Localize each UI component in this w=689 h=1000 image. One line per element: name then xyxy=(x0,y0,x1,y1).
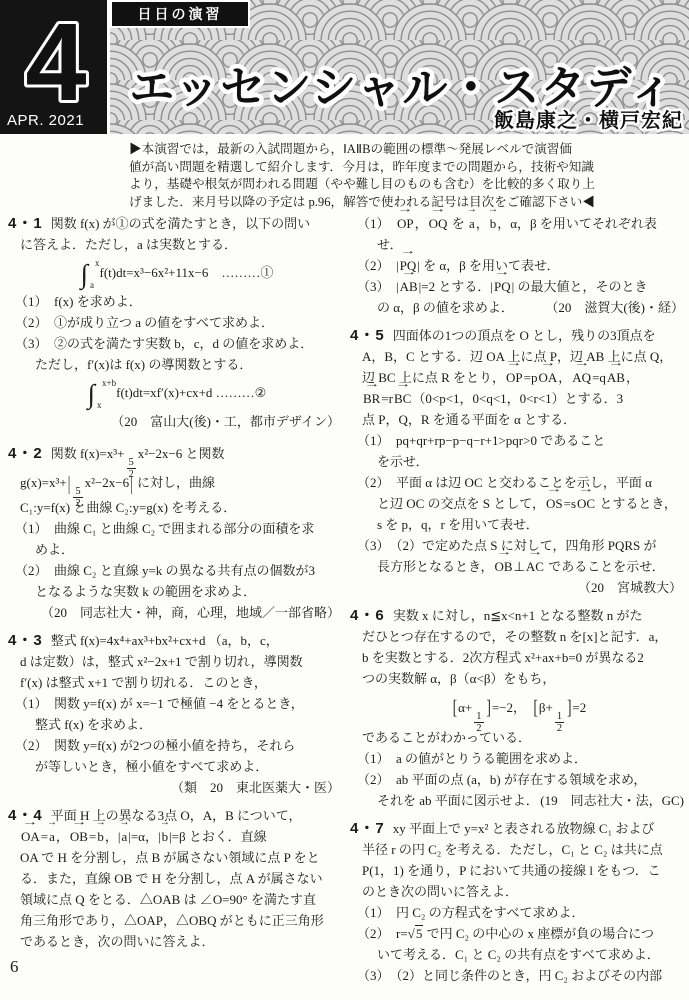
text-run: （2） 関数 y=f(x) が2つの極小値を持ち，それら xyxy=(15,738,295,753)
vector: a xyxy=(49,826,55,847)
problem-4-1: 4・1関数 f(x) が①の式を満たすとき，以下の問いに答えよ．ただし，a は実… xyxy=(8,213,346,432)
text-run: 四面体の1つの頂点を O とし，残りの3頂点を xyxy=(393,328,656,343)
problem-line: 整式 f(x) を求めよ． xyxy=(8,714,346,735)
text-run: いて考える．C₁ と C₂ の共有点をすべて求めよ． xyxy=(377,947,660,962)
integral: ∫xa xyxy=(81,258,95,290)
problem-line: （1） OP，OQ を a，b，α，β を用いてそれぞれ表 xyxy=(350,213,688,234)
upper-limit: x xyxy=(95,258,100,268)
text-run: （2） 曲線 C₂ と直線 y=k の異なる共有点の個数が3 xyxy=(15,563,315,578)
problem-source: (19 同志社大・法，GC) xyxy=(540,790,684,811)
text-run: 平面 H 上の異なる3点 O，A，B について， xyxy=(51,808,302,823)
text-run: = xyxy=(89,829,96,844)
text-run: ただし，f′(x)は f(x) の導関数とする． xyxy=(35,357,252,372)
text-run: ， xyxy=(415,216,428,231)
text-run: （1） f(x) を求めよ． xyxy=(15,294,142,309)
text-run: P(1，1) を通り，P において共通の接線 l をもつ．こ xyxy=(362,863,661,878)
text-run: 長方形となるとき， xyxy=(377,559,493,574)
problem-line: めよ． xyxy=(8,539,346,560)
text-run: 点 P，Q，R を通る平面を α とする． xyxy=(362,412,576,427)
text-run: （類 20 東北医薬大・医） xyxy=(171,780,340,795)
text-run: （3） （2）と同じ条件のとき，円 C₂ およびその内部 xyxy=(357,968,662,983)
problem-line: d は定数）は，整式 x²−2x+1 で割り切れ，導関数 xyxy=(8,651,346,672)
text-run: |=2 とする．| xyxy=(419,279,493,294)
problem-line: ただし，f′(x)は f(x) の導関数とする． xyxy=(8,354,346,375)
text-run: 半径 r の円 C₂ を考える．ただし，C₁ と C₂ は共に点 xyxy=(362,842,663,857)
problem-line: （1） 曲線 C₁ と曲線 C₂ で囲まれる部分の面積を求 xyxy=(8,518,346,539)
fraction-numerator: 1 xyxy=(474,711,483,723)
problem-line: f′(x) は整式 x+1 で割り切れる．このとき， xyxy=(8,672,346,693)
problem-line: （2） 平面 α は辺 OC と交わることを示し，平面 α xyxy=(350,472,688,493)
problem-line: と辺 OC の交点を S として，OS=sOC とするとき， xyxy=(350,493,688,514)
text-run: を示せ． xyxy=(377,454,429,469)
problem-line: b を実数とする．2次方程式 x²+ax+b=0 が異なる2 xyxy=(350,647,688,668)
problem-line: （2） r=√5 で円 C₂ の中心の x 座標が負の場合につ xyxy=(350,923,688,944)
problem-number: 4・1 xyxy=(8,215,43,232)
text-run: だひとつ存在するので，その整数 n を[x]と記す．a， xyxy=(362,629,667,644)
text-run: る．また，直線 OB で H を分割し，点 A が属さない xyxy=(20,871,323,886)
problem-line: 4・7xy 平面上で y=x² と表される放物線 C₁ および xyxy=(350,818,688,839)
problem-line: C₁:y=f(x) と曲線 C₂:y=g(x) を考える． xyxy=(8,497,346,518)
text-run: であることがわかっている． xyxy=(362,730,531,745)
issue-number-art: 4 xyxy=(0,0,107,112)
text-run: （1） 関数 y=f(x) が x=−1 で極値 −4 をとるとき， xyxy=(15,696,304,711)
problem-line: それを ab 平面に図示せよ．(19 同志社大・法，GC) xyxy=(350,790,688,811)
problem-line: 長方形となるとき，OB⊥AC であることを示せ． xyxy=(350,556,688,577)
right-column: （1） OP，OQ を a，b，α，β を用いてそれぞれ表せ．（2） |PQ| … xyxy=(350,213,688,986)
text-run: 実数 x に対し，n≦x<n+1 となる整数 n がた xyxy=(393,608,643,623)
text-run: であるとき，次の問いに答えよ． xyxy=(20,934,214,949)
text-run: のとき次の問いに答えよ． xyxy=(362,884,518,899)
text-run: | を α，β を用いて表せ． xyxy=(417,258,559,273)
text-run: とするとき， xyxy=(596,496,677,511)
problem-line: であることがわかっている． xyxy=(350,727,688,748)
lower-limit: x xyxy=(97,400,111,410)
problem-line: 4・2関数 f(x)=x³+52x²−2x−6 と関数 xyxy=(8,439,346,468)
page-number: 6 xyxy=(10,957,19,977)
text-run: （0<p<1，0<q<1，0<r<1）とする．3 xyxy=(412,391,623,406)
vector: b xyxy=(162,826,169,847)
intro-paragraph: ▶本演習では，最新の入試問題から，ⅠAⅡBの範囲の標準〜発展レベルで演習価 値が… xyxy=(129,141,687,211)
vector: AQ xyxy=(572,367,591,388)
problem-4-6: 4・6実数 x に対し，n≦x<n+1 となる整数 n がただひとつ存在するので… xyxy=(350,605,688,811)
text-run: ，| xyxy=(105,829,121,844)
problem-line: （2） ①が成り立つ a の値をすべて求めよ． xyxy=(8,312,346,333)
problem-line: （3） （2）で定めた点 S に対して，四角形 PQRS が xyxy=(350,535,688,556)
problem-line: （1） 関数 y=f(x) が x=−1 で極値 −4 をとるとき， xyxy=(8,693,346,714)
text-run: C₁:y=f(x) と曲線 C₂:y=g(x) を考える． xyxy=(20,500,236,515)
text-run: （20 宮城教大） xyxy=(578,580,682,595)
text-run: と辺 OC の交点を S として， xyxy=(377,496,545,511)
problem-line: であるとき，次の問いに答えよ． xyxy=(8,931,346,952)
text-run: に対し，曲線 xyxy=(134,475,215,490)
problem-4-4: 4・4平面 H 上の異なる3点 O，A，B について，OA=a，OB=b，|a|… xyxy=(8,805,346,952)
text-run: それを ab 平面に図示せよ． xyxy=(377,793,539,808)
vector: OA xyxy=(21,826,40,847)
series-badge: 日日の演習 xyxy=(112,2,248,26)
problem-number: 4・3 xyxy=(8,632,43,649)
problem-number: 4・5 xyxy=(350,327,385,344)
text-run: 領域に点 Q をとる．△OAB は ∠O=90° を満たす直 xyxy=(20,892,316,907)
problem-line: のとき次の問いに答えよ． xyxy=(350,881,688,902)
problem-line: g(x)=x³+|52x²−2x−6| に対し，曲線 xyxy=(8,468,346,497)
text-run: x²−2x−6 と関数 xyxy=(138,446,225,461)
problem-4-3: 4・3整式 f(x)=4x⁴+ax³+bx²+cx+d （a，b，c，d は定数… xyxy=(8,630,346,798)
issue-box: 4 APR. 2021 xyxy=(0,0,107,134)
problem-line: 角三角形であり，△OAP，△OBQ がともに正三角形 xyxy=(8,910,346,931)
vector: OB xyxy=(70,826,88,847)
intro-line: ▶本演習では，最新の入試問題から，ⅠAⅡBの範囲の標準〜発展レベルで演習価 xyxy=(129,141,687,159)
problem-number: 4・6 xyxy=(350,607,385,624)
text-run: せ． xyxy=(377,237,403,252)
problem-source: （20 滋賀大(後)・経） xyxy=(545,297,684,318)
text-run: （3） | xyxy=(357,279,399,294)
text-run: |=α，| xyxy=(128,829,160,844)
lower-limit: a xyxy=(90,280,95,290)
text-run: x²−2x−6 xyxy=(85,475,130,490)
text-run: （2） ①が成り立つ a の値をすべて求めよ． xyxy=(15,315,274,330)
banner-authors: 飯島康之・横戸宏紀 xyxy=(494,108,683,132)
text-run: に答えよ．ただし，a は実数とする． xyxy=(20,237,237,252)
square-root: √5 xyxy=(408,925,424,941)
problem-line: となるような実数 k の範囲を求めよ． xyxy=(8,581,346,602)
text-run: ，α，β を用いてそれぞれ表 xyxy=(497,216,657,231)
text-run: g(x)=x³+ xyxy=(20,475,67,490)
problem-line: 4・5四面体の1つの頂点を O とし，残りの3頂点を xyxy=(350,325,688,346)
text-run: ⊥ xyxy=(514,559,525,574)
text-run: （1） pq+qr+rp−p−q−r+1>pqr>0 であること xyxy=(357,433,605,448)
problem-line: を示せ． xyxy=(350,451,688,472)
problem-line: 領域に点 Q をとる．△OAB は ∠O=90° を満たす直 xyxy=(8,889,346,910)
text-run: 整式 f(x) を求めよ． xyxy=(35,717,152,732)
text-run: 関数 f(x) が①の式を満たすとき，以下の問い xyxy=(51,216,310,231)
problem-number: 4・7 xyxy=(350,820,385,837)
text-run: | の最大値と，そのとき xyxy=(512,279,648,294)
vector: BR xyxy=(363,388,380,409)
problem-4-2: 4・2関数 f(x)=x³+52x²−2x−6 と関数g(x)=x³+|52x²… xyxy=(8,439,346,623)
vector: OC xyxy=(577,493,595,514)
text-run: s を p，q，r を用いて表せ． xyxy=(377,517,539,532)
issue-number: 4 xyxy=(25,1,86,112)
problem-line: 4・3整式 f(x)=4x⁴+ax³+bx²+cx+d （a，b，c， xyxy=(8,630,346,651)
problem-line: OA=a，OB=b，|a|=α，|b|=β とおく．直線 xyxy=(8,826,346,847)
text-run: 整式 f(x)=4x⁴+ax³+bx²+cx+d （a，b，c， xyxy=(51,633,279,648)
text-run: =−2， xyxy=(492,700,533,715)
text-run: （2） r= xyxy=(357,926,408,941)
problem-line: （20 宮城教大） xyxy=(350,577,688,598)
problem-line: （1） 円 C₂ の方程式をすべて求めよ． xyxy=(350,902,688,923)
problem-line: つの実数解 α，β（α<β）をもち， xyxy=(350,668,688,689)
problem-4-7: 4・7xy 平面上で y=x² と表される放物線 C₁ および半径 r の円 C… xyxy=(350,818,688,986)
text-run: ， xyxy=(626,370,639,385)
header-banner: エッセンシャル・スタディ 飯島康之・横戸宏紀 日日の演習 xyxy=(110,0,689,134)
vector: OQ xyxy=(429,213,448,234)
text-run: α+ xyxy=(458,700,472,715)
text-run: =2 xyxy=(572,700,586,715)
text-run: の α，β の値を求めよ． xyxy=(377,300,514,315)
vector: OS xyxy=(546,493,563,514)
problem-line: （20 同志社大・神，商，心理，地域／一部省略） xyxy=(8,602,346,623)
vector: OB xyxy=(494,556,512,577)
vector: b xyxy=(490,213,497,234)
text-run: OA で H を分割し，点 B が属さない領域に点 P をと xyxy=(20,850,320,865)
vector: OP xyxy=(397,213,414,234)
text-run: = xyxy=(41,829,48,844)
text-run: （1） 曲線 C₁ と曲線 C₂ で囲まれる部分の面積を求 xyxy=(15,521,314,536)
text-run: （3） ②の式を満たす実数 b，c，d の値を求めよ． xyxy=(15,336,313,351)
problem-4-4-continued: （1） OP，OQ を a，b，α，β を用いてそれぞれ表せ．（2） |PQ| … xyxy=(350,213,688,318)
problem-line: ∫xaf(t)dt=x³−6x²+11x−6 ………① xyxy=(8,255,346,291)
vector: a xyxy=(121,826,127,847)
problem-line: る．また，直線 OB で H を分割し，点 A が属さない xyxy=(8,868,346,889)
text-run: b を実数とする．2次方程式 x²+ax+b=0 が異なる2 xyxy=(362,650,644,665)
text-run: めよ． xyxy=(35,542,74,557)
problem-line: （1） a の値がとりうる範囲を求めよ． xyxy=(350,748,688,769)
problem-line: （2） 関数 y=f(x) が2つの極小値を持ち，それら xyxy=(8,735,346,756)
integral-sign: ∫ xyxy=(88,381,95,408)
banner-title: エッセンシャル・スタディ xyxy=(129,62,674,113)
left-column: 4・1関数 f(x) が①の式を満たすとき，以下の問いに答えよ．ただし，a は実… xyxy=(8,213,346,952)
problem-line: s を p，q，r を用いて表せ． xyxy=(350,514,688,535)
problem-line: 点 P，Q，R を通る平面を α とする． xyxy=(350,409,688,430)
problem-line: 4・6実数 x に対し，n≦x<n+1 となる整数 n がた xyxy=(350,605,688,626)
text-run: （2） ab 平面の点 (a，b) が存在する領域を求め， xyxy=(357,772,646,787)
text-run: d は定数）は，整式 x²−2x+1 で割り切れ，導関数 xyxy=(20,654,303,669)
problem-line: 4・1関数 f(x) が①の式を満たすとき，以下の問い xyxy=(8,213,346,234)
problem-line: （3） （2）と同じ条件のとき，円 C₂ およびその内部 xyxy=(350,965,688,986)
integral-sign: ∫ xyxy=(81,261,88,288)
text-run: つの実数解 α，β（α<β）をもち， xyxy=(362,671,555,686)
text-run: 角三角形であり，△OAP，△OBQ がともに正三角形 xyxy=(20,913,324,928)
vector: AC xyxy=(526,556,544,577)
text-run: ， xyxy=(56,829,69,844)
text-run: =r xyxy=(381,391,393,406)
problem-line: （3） ②の式を満たす実数 b，c，d の値を求めよ． xyxy=(8,333,346,354)
vector: OP xyxy=(506,367,523,388)
text-run: ， xyxy=(476,216,489,231)
problem-number: 4・2 xyxy=(8,445,43,462)
problem-line: だひとつ存在するので，その整数 n を[x]と記す．a， xyxy=(350,626,688,647)
text-run: ， xyxy=(558,370,571,385)
text-run: （2） 平面 α は辺 OC と交わることを示し，平面 α xyxy=(357,475,652,490)
text-run: となるような実数 k の範囲を求めよ． xyxy=(35,584,256,599)
problem-line: （20 富山大(後)・工，都市デザイン） xyxy=(8,411,346,432)
vector: PQ xyxy=(494,276,511,297)
vector: AB xyxy=(607,367,625,388)
text-run: （2） | xyxy=(357,258,399,273)
text-run: |=β とおく．直線 xyxy=(169,829,267,844)
text-run: （1） xyxy=(357,216,396,231)
text-run: であることを示せ． xyxy=(545,559,665,574)
problem-4-5: 4・5四面体の1つの頂点を O とし，残りの3頂点をA，B，C とする．辺 OA… xyxy=(350,325,688,598)
upper-limit: x+b xyxy=(102,378,116,388)
vector: b xyxy=(97,826,104,847)
text-run: 辺 BC 上に点 R をとり， xyxy=(362,370,505,385)
text-run: f(t)dt=x³−6x²+11x−6 ………① xyxy=(100,265,274,280)
issue-date: APR. 2021 xyxy=(7,112,84,129)
problem-line: に答えよ．ただし，a は実数とする． xyxy=(8,234,346,255)
text-run: f(t)dt=xf′(x)+cx+d ………② xyxy=(116,385,266,400)
text-run: を xyxy=(448,216,468,231)
text-run: で円 C₂ の中心の x 座標が負の場合につ xyxy=(423,926,654,941)
problem-line: P(1，1) を通り，P において共通の接線 l をもつ．こ xyxy=(350,860,688,881)
problem-line: （類 20 東北医薬大・医） xyxy=(8,777,346,798)
vector: AB xyxy=(400,276,418,297)
problem-line: （2） ab 平面の点 (a，b) が存在する領域を求め， xyxy=(350,769,688,790)
problem-line: の α，β の値を求めよ．（20 滋賀大(後)・経） xyxy=(350,297,688,318)
text-run: （1） a の値がとりうる範囲を求めよ． xyxy=(357,751,587,766)
fraction-numerator: 1 xyxy=(555,711,564,723)
problem-line: （1） f(x) を求めよ． xyxy=(8,291,346,312)
intro-line: より，基礎や根気が問われる問題（やや難し目のものも含む）を比較的多く取り上 xyxy=(129,176,687,194)
vector: OA xyxy=(538,367,557,388)
text-run: β+ xyxy=(539,700,553,715)
vector: BC xyxy=(394,388,411,409)
intro-line: 値が高い問題を精選して紹介します．今月は，昨年度までの問題から，技術や知識 xyxy=(129,159,687,177)
problem-line: OA で H を分割し，点 B が属さない領域に点 P をと xyxy=(8,847,346,868)
text-run: xy 平面上で y=x² と表される放物線 C₁ および xyxy=(393,821,655,836)
text-run: 関数 f(x)=x³+ xyxy=(51,446,125,461)
text-run: （1） 円 C₂ の方程式をすべて求めよ． xyxy=(357,905,584,920)
vector: a xyxy=(469,213,475,234)
problem-line: いて考える．C₁ と C₂ の共有点をすべて求めよ． xyxy=(350,944,688,965)
problem-line: [α+12]=−2， [β+12]=2 xyxy=(350,689,688,727)
integral-limits: xa xyxy=(90,258,95,290)
text-run: =q xyxy=(592,370,606,385)
integral: ∫x+bx xyxy=(88,378,111,410)
magazine-page: 4 APR. 2021 エッ xyxy=(0,0,689,1000)
problem-line: （2） 曲線 C₂ と直線 y=k の異なる共有点の個数が3 xyxy=(8,560,346,581)
text-run: （20 同志社大・神，商，心理，地域／一部省略） xyxy=(41,605,340,620)
problem-line: ∫x+bxf(t)dt=xf′(x)+cx+d ………② xyxy=(8,375,346,411)
problem-line: 4・4平面 H 上の異なる3点 O，A，B について， xyxy=(8,805,346,826)
integral-limits: x+bx xyxy=(97,378,111,410)
text-run: が等しいとき，極小値をすべて求めよ． xyxy=(35,759,268,774)
problem-line: が等しいとき，極小値をすべて求めよ． xyxy=(8,756,346,777)
text-run: =p xyxy=(524,370,538,385)
problem-line: BR=rBC（0<p<1，0<q<1，0<r<1）とする．3 xyxy=(350,388,688,409)
text-run: =s xyxy=(564,496,576,511)
problem-line: 半径 r の円 C₂ を考える．ただし，C₁ と C₂ は共に点 xyxy=(350,839,688,860)
problem-line: （3） |AB|=2 とする．|PQ| の最大値と，そのとき xyxy=(350,276,688,297)
radical-sign: √ xyxy=(408,926,415,941)
text-run: f′(x) は整式 x+1 で割り切れる．このとき， xyxy=(20,675,267,690)
problem-line: （1） pq+qr+rp−p−q−r+1>pqr>0 であること xyxy=(350,430,688,451)
text-run: （20 富山大(後)・工，都市デザイン） xyxy=(111,414,340,429)
